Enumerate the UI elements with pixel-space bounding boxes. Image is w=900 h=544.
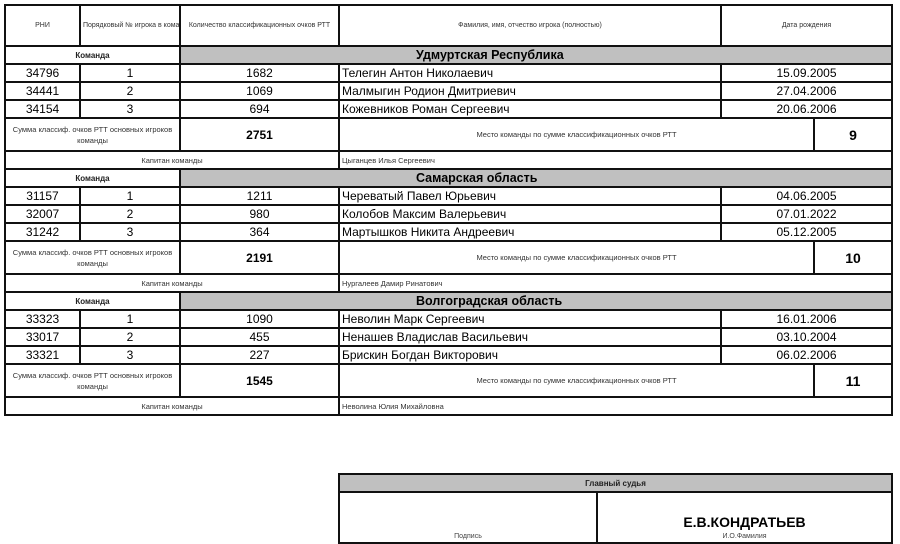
judge-name-cell: Е.В.КОНДРАТЬЕВ И.О.Фамилия <box>597 492 892 543</box>
header-rni: РНИ <box>5 5 80 46</box>
player-number: 3 <box>80 100 180 118</box>
player-row: 31242 3 364 Мартышков Никита Андреевич 0… <box>5 223 892 241</box>
player-name: Ненашев Владислав Васильевич <box>339 328 721 346</box>
player-number: 2 <box>80 328 180 346</box>
team-header-row: Команда Волгоградская область <box>5 292 892 310</box>
player-points: 1682 <box>180 64 339 82</box>
player-rni: 31242 <box>5 223 80 241</box>
header-birth: Дата рождения <box>721 5 892 46</box>
player-birthdate: 07.01.2022 <box>721 205 892 223</box>
captain-row: Капитан команды Нургалеев Дамир Ринатови… <box>5 274 892 292</box>
player-number: 1 <box>80 310 180 328</box>
judge-name-label: И.О.Фамилия <box>599 533 890 540</box>
player-birthdate: 27.04.2006 <box>721 82 892 100</box>
header-fio: Фамилия, имя, отчество игрока (полностью… <box>339 5 721 46</box>
signature-field: Подпись <box>339 492 597 543</box>
table-header-row: РНИ Порядковый № игрока в команде Количе… <box>5 5 892 46</box>
player-number: 2 <box>80 82 180 100</box>
sum-value: 2751 <box>180 118 339 151</box>
team-label: Команда <box>5 46 180 64</box>
place-label: Место команды по сумме классификационных… <box>339 241 814 274</box>
sum-label: Сумма классиф. очков РТТ основных игроко… <box>5 241 180 274</box>
player-rni: 34154 <box>5 100 80 118</box>
team-name: Самарская область <box>180 169 892 187</box>
sum-label: Сумма классиф. очков РТТ основных игроко… <box>5 118 180 151</box>
captain-name: Цыганцев Илья Сергеевич <box>339 151 892 169</box>
player-points: 227 <box>180 346 339 364</box>
player-row: 33321 3 227 Брискин Богдан Викторович 06… <box>5 346 892 364</box>
player-number: 3 <box>80 346 180 364</box>
team-sum-row: Сумма классиф. очков РТТ основных игроко… <box>5 364 892 397</box>
player-points: 980 <box>180 205 339 223</box>
place-label: Место команды по сумме классификационных… <box>339 364 814 397</box>
captain-label: Капитан команды <box>5 397 339 415</box>
player-number: 3 <box>80 223 180 241</box>
team-label: Команда <box>5 292 180 310</box>
team-header-row: Команда Удмуртская Республика <box>5 46 892 64</box>
player-rni: 33323 <box>5 310 80 328</box>
player-rni: 33017 <box>5 328 80 346</box>
place-label: Место команды по сумме классификационных… <box>339 118 814 151</box>
place-value: 9 <box>814 118 892 151</box>
player-name: Мартышков Никита Андреевич <box>339 223 721 241</box>
player-points: 455 <box>180 328 339 346</box>
player-name: Телегин Антон Николаевич <box>339 64 721 82</box>
player-number: 1 <box>80 64 180 82</box>
player-number: 2 <box>80 205 180 223</box>
team-header-row: Команда Самарская область <box>5 169 892 187</box>
player-row: 34154 3 694 Кожевников Роман Сергеевич 2… <box>5 100 892 118</box>
player-rni: 32007 <box>5 205 80 223</box>
player-points: 694 <box>180 100 339 118</box>
player-row: 34796 1 1682 Телегин Антон Николаевич 15… <box>5 64 892 82</box>
player-rni: 34441 <box>5 82 80 100</box>
player-name: Брискин Богдан Викторович <box>339 346 721 364</box>
player-birthdate: 06.02.2006 <box>721 346 892 364</box>
chief-judge-title: Главный судья <box>339 474 892 492</box>
header-order: Порядковый № игрока в команде <box>80 5 180 46</box>
player-rni: 34796 <box>5 64 80 82</box>
sum-value: 1545 <box>180 364 339 397</box>
signature-label: Подпись <box>454 533 482 540</box>
player-rni: 33321 <box>5 346 80 364</box>
captain-name: Нургалеев Дамир Ринатович <box>339 274 892 292</box>
player-row: 33017 2 455 Ненашев Владислав Васильевич… <box>5 328 892 346</box>
team-name: Волгоградская область <box>180 292 892 310</box>
sum-value: 2191 <box>180 241 339 274</box>
captain-label: Капитан команды <box>5 151 339 169</box>
player-row: 34441 2 1069 Малмыгин Родион Дмитриевич … <box>5 82 892 100</box>
sum-label: Сумма классиф. очков РТТ основных игроко… <box>5 364 180 397</box>
player-rni: 31157 <box>5 187 80 205</box>
player-birthdate: 03.10.2004 <box>721 328 892 346</box>
player-row: 33323 1 1090 Неволин Марк Сергеевич 16.0… <box>5 310 892 328</box>
chief-judge-block: Главный судья Подпись Е.В.КОНДРАТЬЕВ И.О… <box>338 473 893 544</box>
player-points: 364 <box>180 223 339 241</box>
player-number: 1 <box>80 187 180 205</box>
team-sum-row: Сумма классиф. очков РТТ основных игроко… <box>5 241 892 274</box>
player-birthdate: 20.06.2006 <box>721 100 892 118</box>
player-row: 32007 2 980 Колобов Максим Валерьевич 07… <box>5 205 892 223</box>
player-points: 1211 <box>180 187 339 205</box>
captain-name: Неволина Юлия Михайловна <box>339 397 892 415</box>
place-value: 10 <box>814 241 892 274</box>
player-birthdate: 05.12.2005 <box>721 223 892 241</box>
player-points: 1090 <box>180 310 339 328</box>
player-row: 31157 1 1211 Череватый Павел Юрьевич 04.… <box>5 187 892 205</box>
team-sum-row: Сумма классиф. очков РТТ основных игроко… <box>5 118 892 151</box>
header-points: Количество классификационных очков РТТ <box>180 5 339 46</box>
teams-table: РНИ Порядковый № игрока в команде Количе… <box>4 4 893 416</box>
player-name: Колобов Максим Валерьевич <box>339 205 721 223</box>
judge-name: Е.В.КОНДРАТЬЕВ <box>599 514 890 530</box>
place-value: 11 <box>814 364 892 397</box>
captain-row: Капитан команды Цыганцев Илья Сергеевич <box>5 151 892 169</box>
player-birthdate: 04.06.2005 <box>721 187 892 205</box>
player-birthdate: 15.09.2005 <box>721 64 892 82</box>
player-name: Неволин Марк Сергеевич <box>339 310 721 328</box>
player-birthdate: 16.01.2006 <box>721 310 892 328</box>
captain-label: Капитан команды <box>5 274 339 292</box>
captain-row: Капитан команды Неволина Юлия Михайловна <box>5 397 892 415</box>
player-name: Кожевников Роман Сергеевич <box>339 100 721 118</box>
team-name: Удмуртская Республика <box>180 46 892 64</box>
team-label: Команда <box>5 169 180 187</box>
player-name: Малмыгин Родион Дмитриевич <box>339 82 721 100</box>
player-name: Череватый Павел Юрьевич <box>339 187 721 205</box>
player-points: 1069 <box>180 82 339 100</box>
